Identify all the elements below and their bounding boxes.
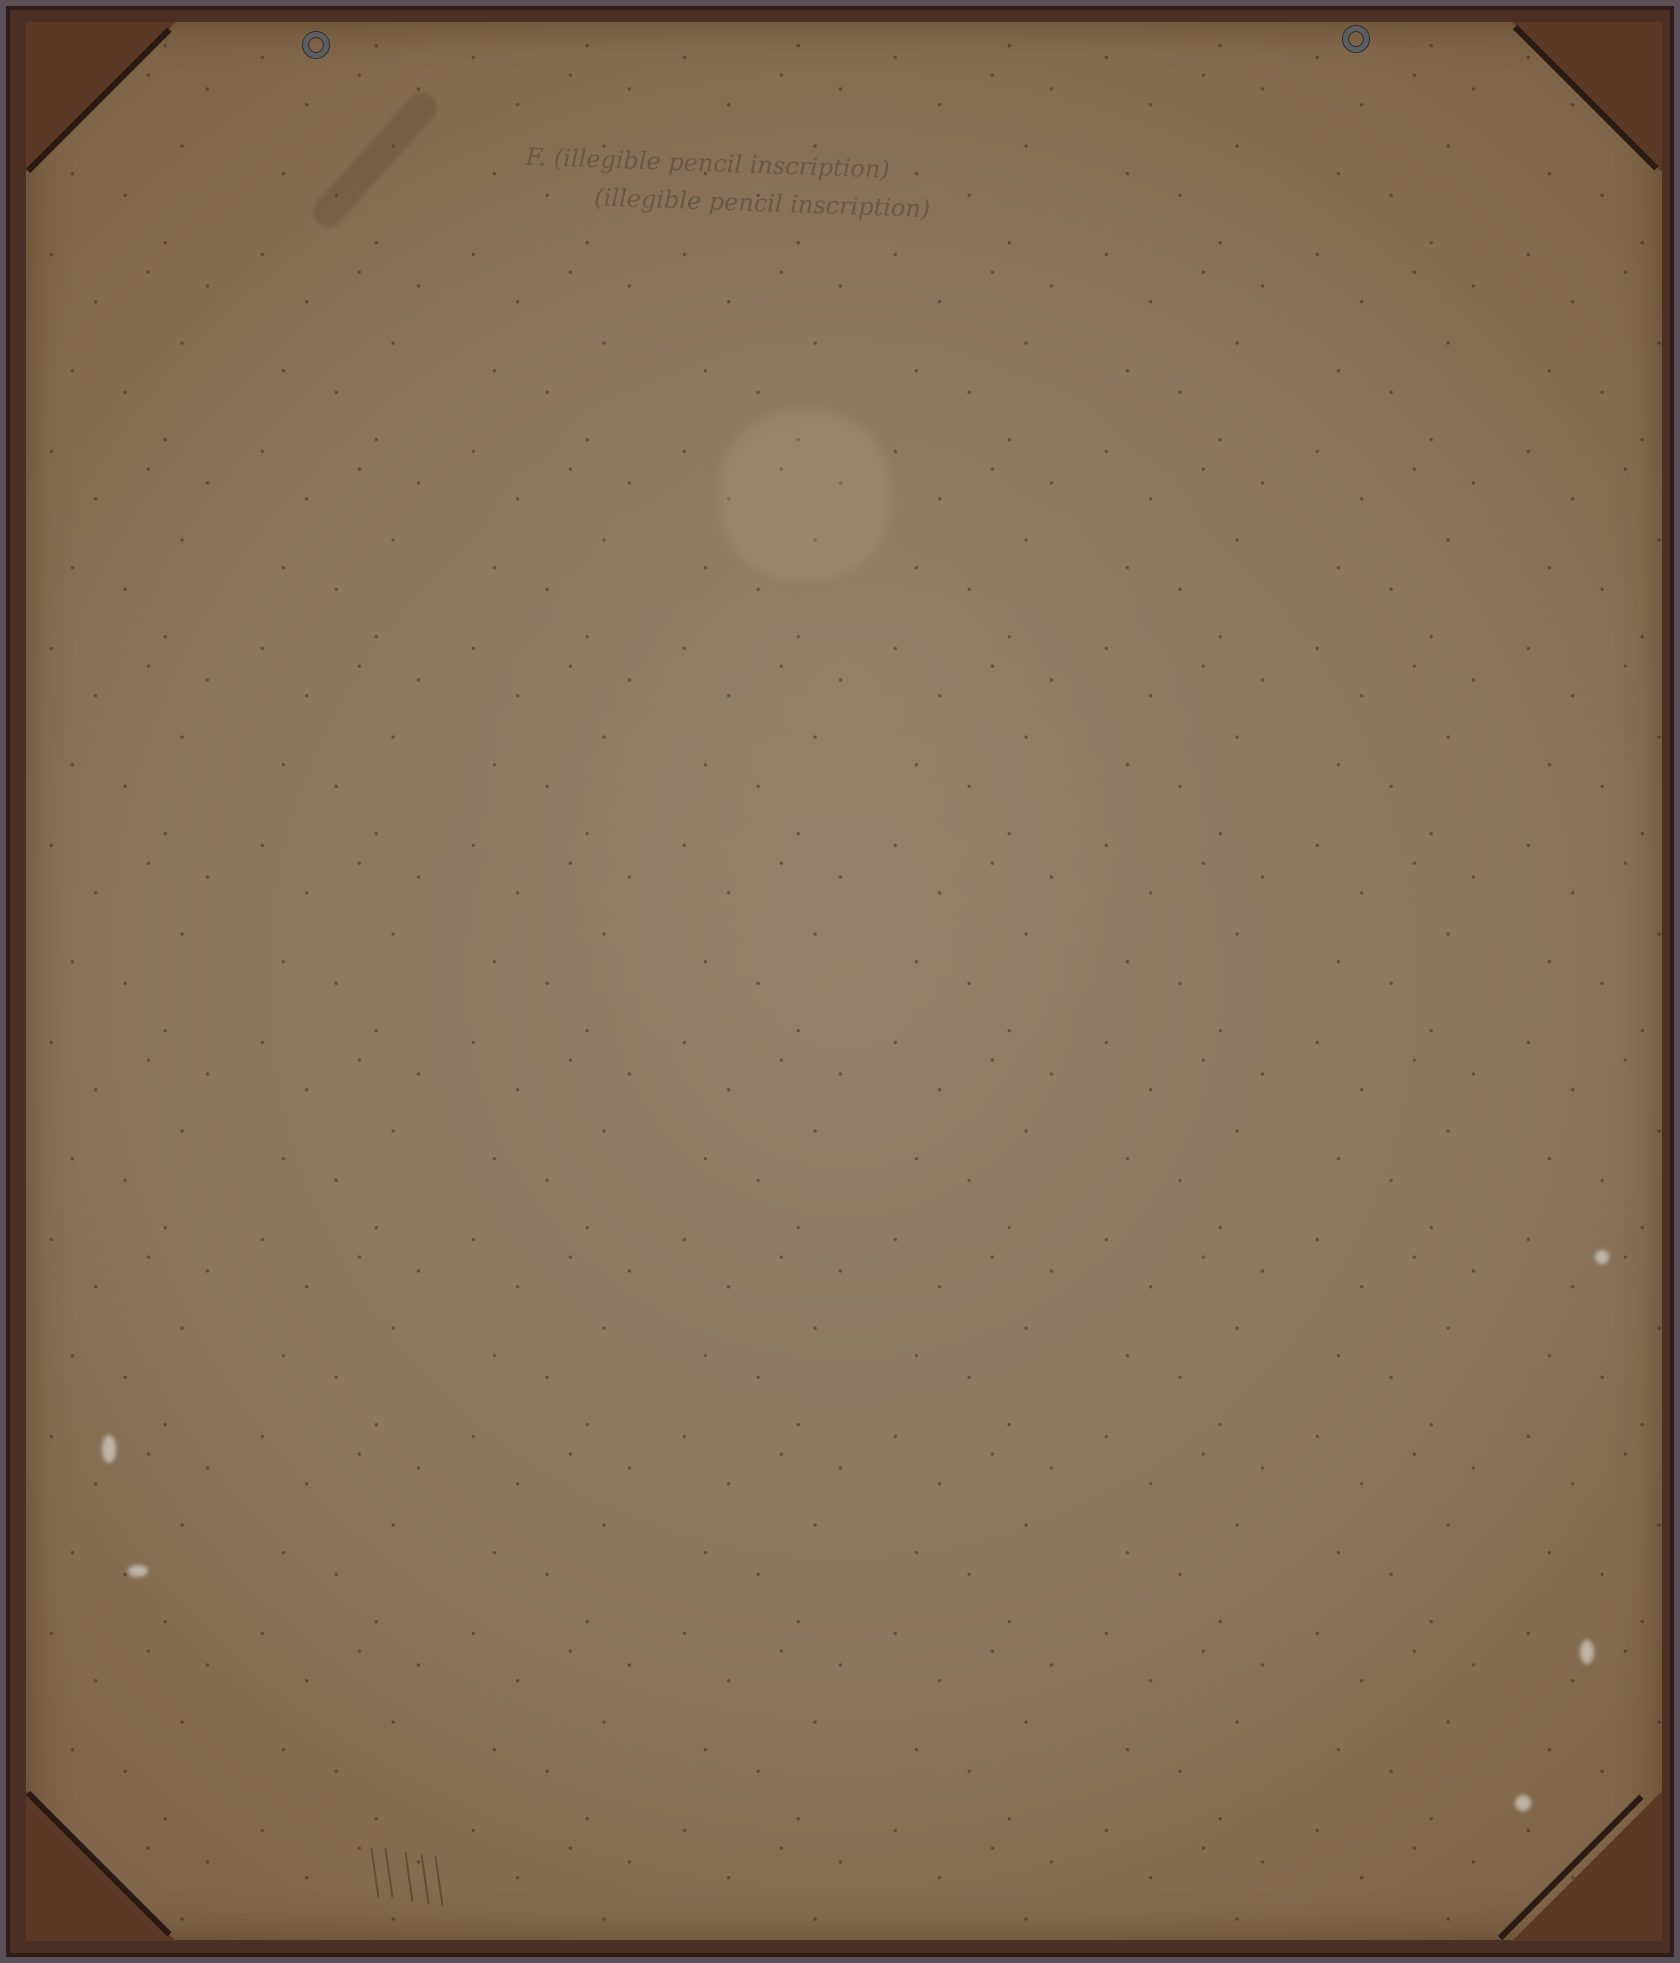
backing-board — [26, 22, 1662, 1940]
white-spot — [1595, 1250, 1609, 1264]
white-spot — [102, 1435, 116, 1463]
pencil-inscription: F. (illegible pencil inscription) (illeg… — [524, 138, 932, 228]
white-spot — [128, 1565, 148, 1577]
white-spot — [1515, 1795, 1531, 1811]
light-patch — [720, 410, 890, 580]
hanging-ring-icon — [303, 32, 329, 58]
white-spot — [1580, 1640, 1594, 1664]
hanging-ring-icon — [1343, 26, 1369, 52]
